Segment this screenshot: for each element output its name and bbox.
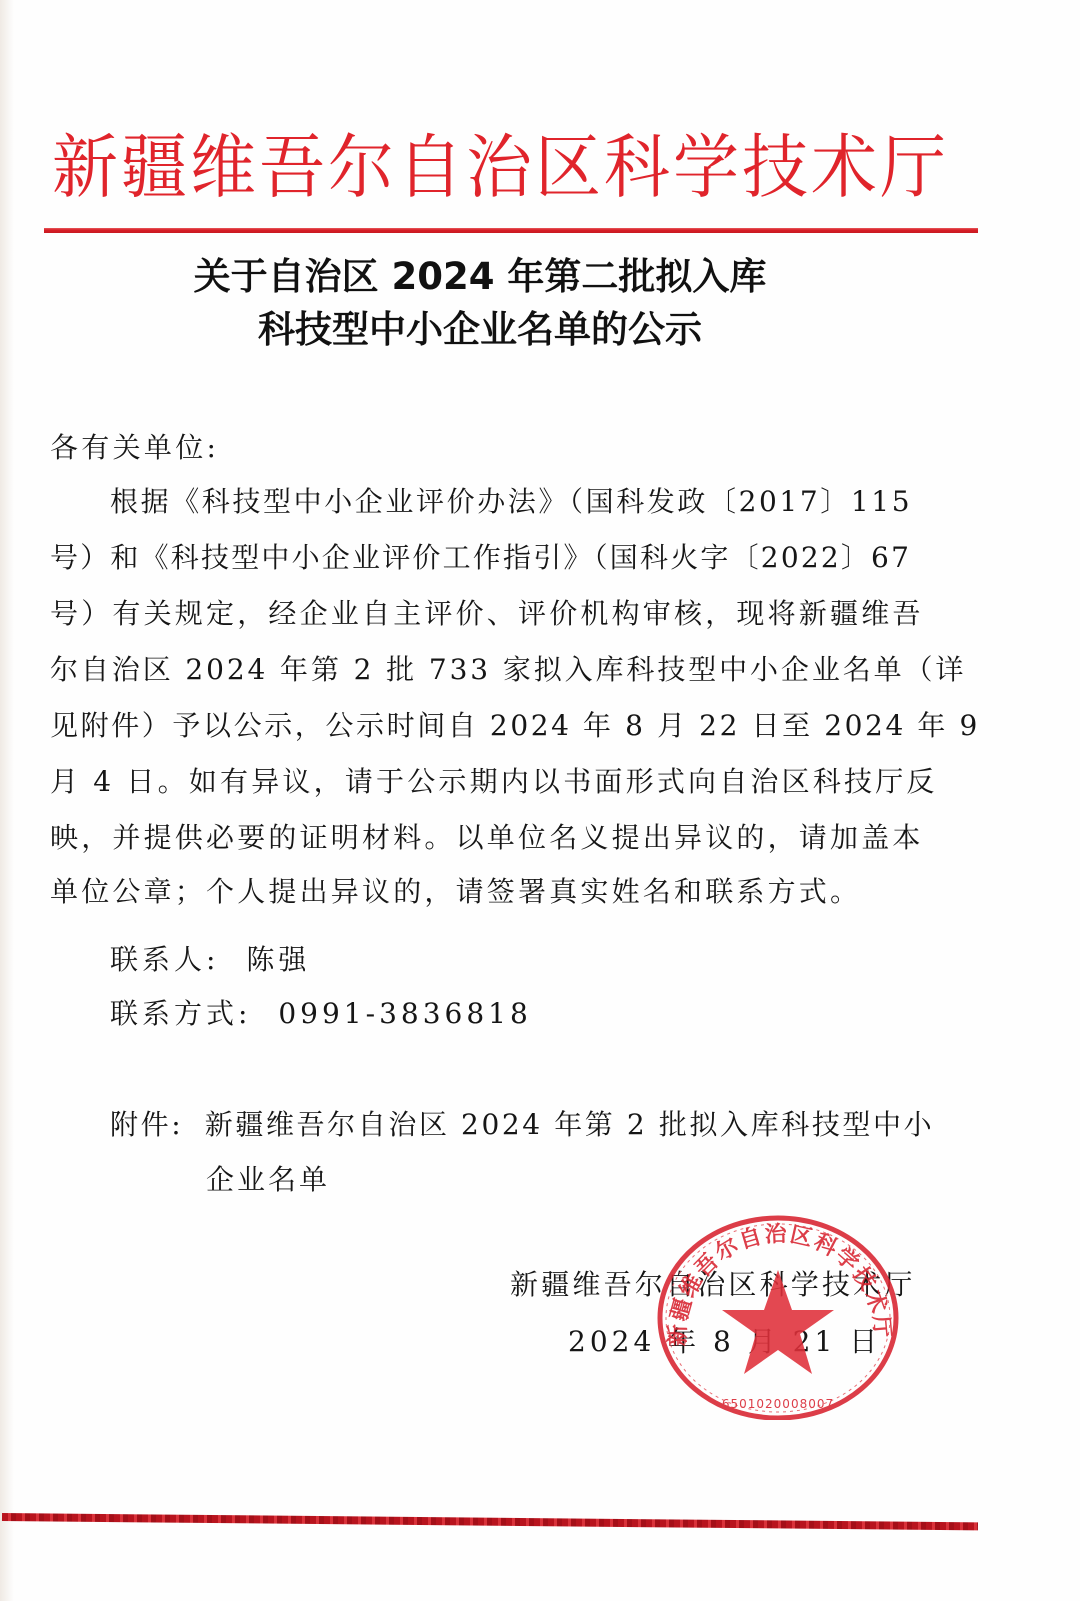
page-edge-shadow — [0, 0, 14, 1601]
contact-phone-number: 0991-3836818 — [278, 997, 531, 1030]
attachment-row: 附件: 新疆维吾尔自治区 2024 年第 2 批拟入库科技型中小 — [110, 1105, 934, 1145]
body-line: 根据《科技型中小企业评价办法》（国科发政〔2017〕115 — [110, 482, 912, 522]
attachment-title-line-1: 新疆维吾尔自治区 2024 年第 2 批拟入库科技型中小 — [205, 1108, 934, 1141]
official-seal-icon: 新疆维吾尔自治区科学技术厅 6501020008007 — [650, 1210, 905, 1420]
body-line: 月 4 日。如有异议，请于公示期内以书面形式向自治区科技厅反 — [50, 762, 938, 802]
letterhead-divider — [44, 228, 978, 233]
footer-divider — [2, 1513, 978, 1530]
letterhead-issuer: 新疆维吾尔自治区科学技术厅 — [52, 126, 932, 210]
document-title-line-2: 科技型中小企业名单的公示 — [0, 305, 980, 355]
body-line: 号）有关规定，经企业自主评价、评价机构审核，现将新疆维吾 — [50, 594, 924, 634]
salutation: 各有关单位: — [50, 428, 219, 468]
contact-person-label: 联系人: — [110, 943, 219, 976]
body-line: 见附件）予以公示，公示时间自 2024 年 8 月 22 日至 2024 年 9 — [50, 706, 980, 746]
svg-text:6501020008007: 6501020008007 — [722, 1397, 834, 1411]
attachment-title-line-2: 企业名单 — [206, 1160, 330, 1200]
contact-person-row: 联系人: 陈强 — [110, 940, 310, 980]
contact-phone-label: 联系方式: — [110, 997, 251, 1030]
contact-person-name: 陈强 — [246, 943, 310, 976]
contact-phone-row: 联系方式: 0991-3836818 — [110, 994, 532, 1034]
body-line: 单位公章；个人提出异议的，请签署真实姓名和联系方式。 — [50, 872, 861, 912]
body-line: 映，并提供必要的证明材料。以单位名义提出异议的，请加盖本 — [50, 818, 924, 858]
body-line: 尔自治区 2024 年第 2 批 733 家拟入库科技型中小企业名单（详 — [50, 650, 966, 690]
body-line: 号）和《科技型中小企业评价工作指引》（国科火字〔2022〕67 — [50, 538, 911, 578]
attachment-label: 附件: — [110, 1108, 183, 1141]
document-title-line-1: 关于自治区 2024 年第二批拟入库 — [0, 252, 980, 302]
